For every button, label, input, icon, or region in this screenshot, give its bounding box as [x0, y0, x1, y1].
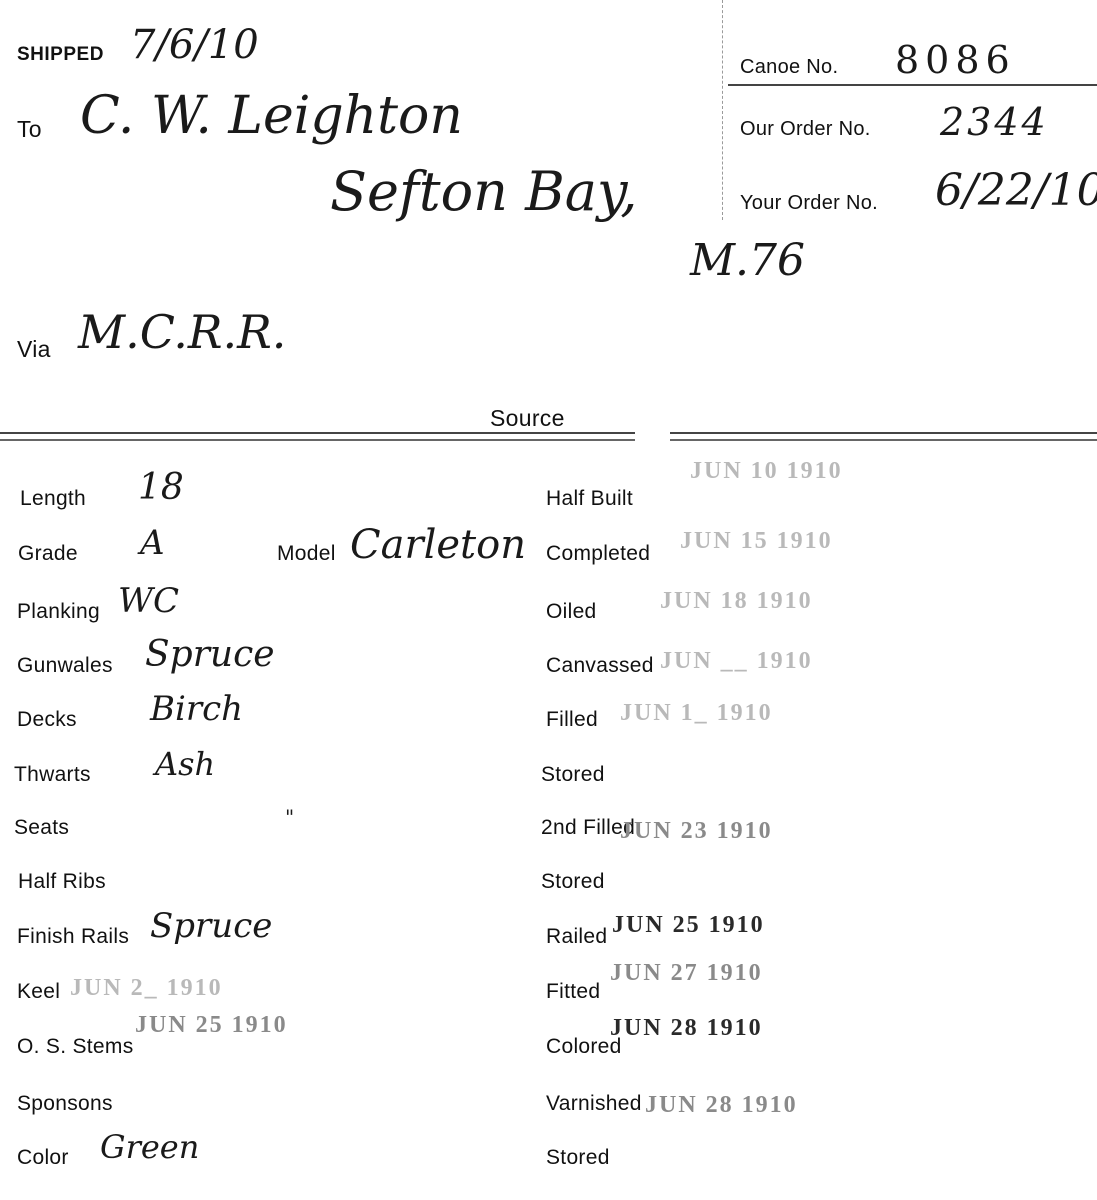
spec-label: Color [17, 1146, 69, 1170]
spec-label: Length [20, 487, 86, 511]
stage-label: Stored [546, 1146, 610, 1170]
stage-date-stamp: JUN 28 1910 [645, 1092, 798, 1119]
spec-value: WC [118, 581, 179, 621]
spec-value: Ash [155, 745, 215, 783]
spec-label: Thwarts [14, 763, 91, 787]
order-box-border [722, 0, 724, 220]
spec-value: Spruce [150, 906, 272, 946]
stage-date-stamp: JUN 18 1910 [660, 588, 813, 615]
stage-date-stamp: JUN 10 1910 [690, 458, 843, 485]
via-label: Via [17, 336, 51, 363]
to-label: To [17, 116, 42, 143]
spec-label: Grade [18, 542, 78, 566]
section-title: Source [490, 405, 565, 432]
stage-label: Completed [546, 542, 650, 566]
spec-value: A [140, 523, 165, 563]
stage-date-stamp: JUN 15 1910 [680, 528, 833, 555]
stage-label: Stored [541, 763, 605, 787]
stage-label: Fitted [546, 980, 600, 1004]
spec-value: Green [100, 1128, 199, 1166]
your-order-no-label: Your Order No. [740, 192, 878, 215]
stage-label: Half Built [546, 487, 633, 511]
spec-value: 18 [138, 467, 184, 508]
spec-value: Birch [150, 689, 243, 729]
canoe-no-label: Canoe No. [740, 56, 838, 79]
stage-label: Varnished [546, 1092, 642, 1116]
spec-value: " [285, 805, 294, 829]
spec-label: Planking [17, 600, 100, 624]
recipient-note: M.76 [690, 235, 805, 286]
source-rule-right [670, 432, 1097, 441]
stage-date-stamp: JUN 23 1910 [620, 818, 773, 845]
spec-label: O. S. Stems [17, 1035, 134, 1059]
spec-value: Spruce [145, 634, 275, 675]
recipient-address: Sefton Bay, [330, 160, 637, 223]
via-value: M.C.R.R. [78, 305, 286, 359]
spec-label: Keel [17, 980, 60, 1004]
canoe-no-value: 8086 [895, 38, 1016, 82]
spec-label: Sponsons [17, 1092, 113, 1116]
spec-label: Finish Rails [17, 925, 129, 949]
recipient-name: C. W. Leighton [80, 86, 463, 146]
shipped-date: 7/6/10 [130, 22, 259, 68]
stage-date-stamp: JUN __ 1910 [660, 648, 813, 675]
model-label: Model [277, 542, 336, 566]
source-rule-left [0, 432, 635, 441]
stage-date-stamp: JUN 25 1910 [612, 912, 765, 939]
stage-label: Stored [541, 870, 605, 894]
spec-label: Decks [17, 708, 77, 732]
your-order-no-value: 6/22/10 [935, 165, 1097, 216]
spec-label: Gunwales [17, 654, 113, 678]
stems-stamp: JUN 25 1910 [135, 1012, 288, 1039]
stage-label: Canvassed [546, 654, 654, 678]
stage-label: Oiled [546, 600, 597, 624]
keel-stamp: JUN 2_ 1910 [70, 975, 223, 1002]
stage-date-stamp: JUN 28 1910 [610, 1015, 763, 1042]
spec-label: Seats [14, 816, 69, 840]
stage-label: Filled [546, 708, 598, 732]
our-order-no-label: Our Order No. [740, 118, 871, 141]
canoe-no-rule [728, 84, 1097, 86]
model-value: Carleton [350, 522, 526, 568]
stage-date-stamp: JUN 27 1910 [610, 960, 763, 987]
stage-date-stamp: JUN 1_ 1910 [620, 700, 773, 727]
spec-label: Half Ribs [18, 870, 106, 894]
our-order-no-value: 2344 [940, 100, 1049, 144]
stage-label: Railed [546, 925, 607, 949]
shipped-label: SHIPPED [17, 44, 104, 66]
